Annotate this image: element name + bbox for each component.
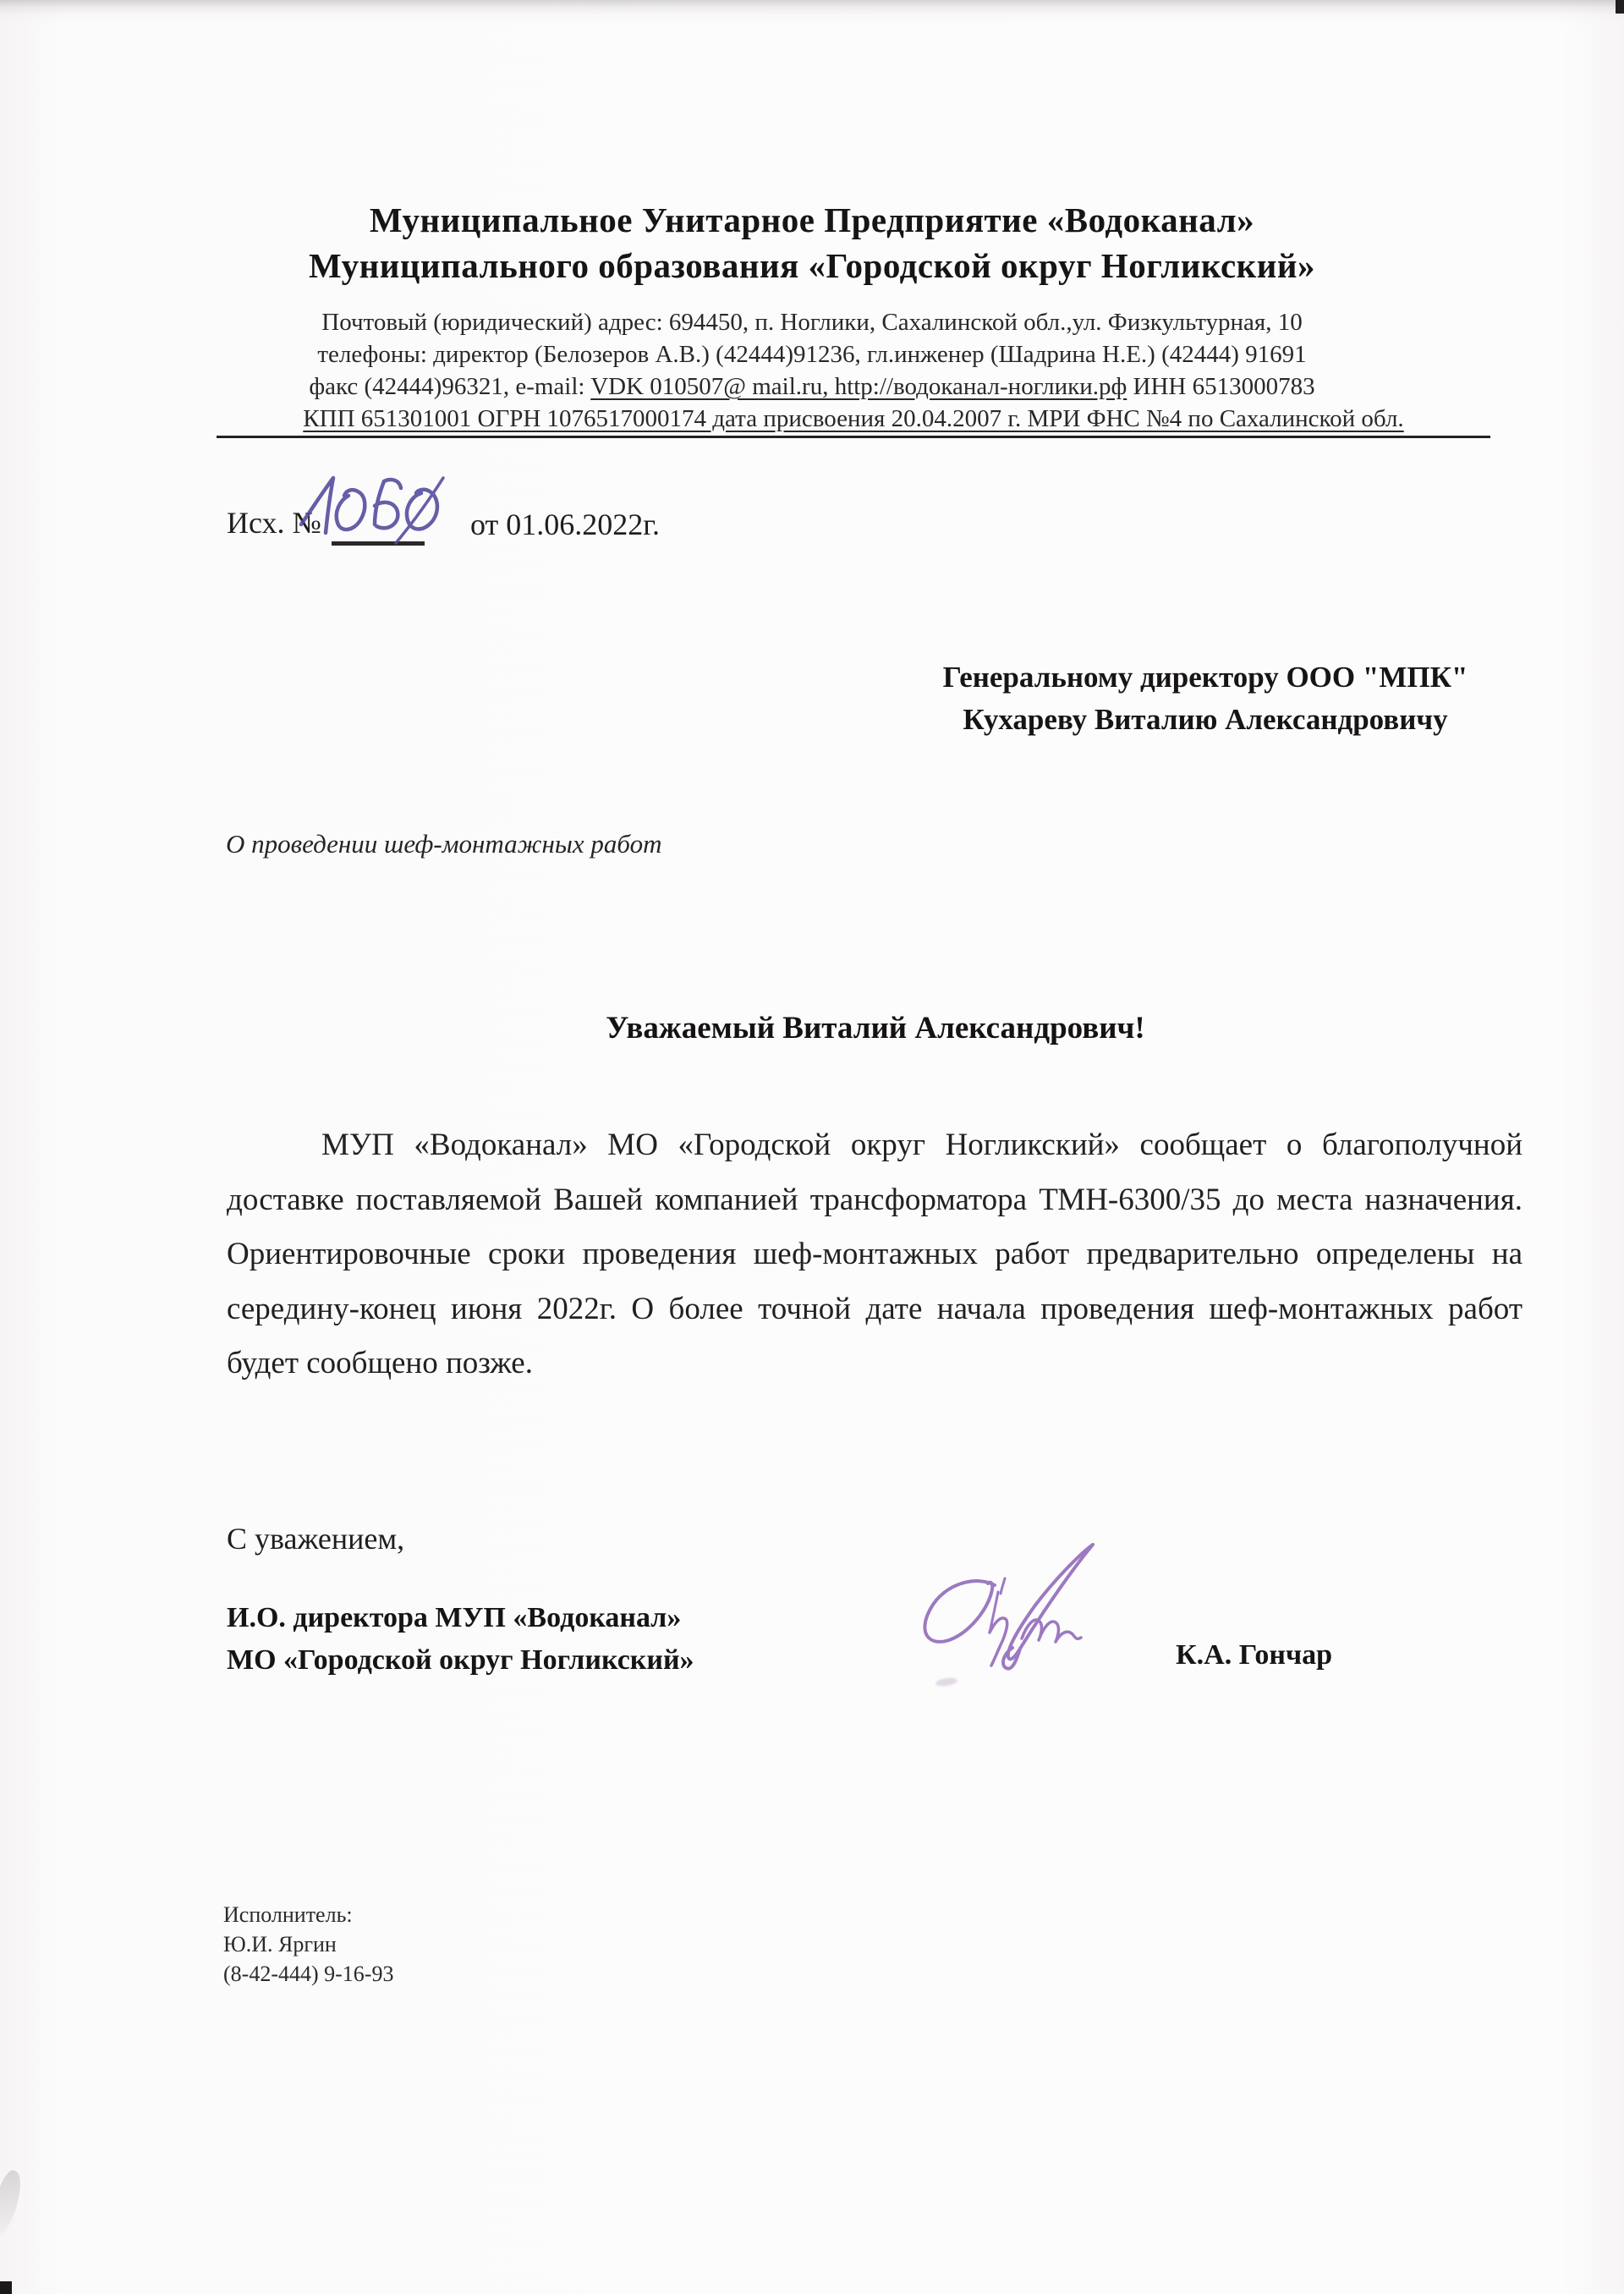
- scan-smudge-left-edge: [0, 2168, 27, 2239]
- signer-position-line2: МО «Городской округ Ногликский»: [227, 1639, 694, 1682]
- signer-position-block: И.О. директора МУП «Водоканал» МО «Город…: [227, 1597, 694, 1682]
- handwritten-number-ink: [294, 470, 455, 552]
- signer-name: К.А. Гончар: [1176, 1639, 1332, 1671]
- recipient-line2: Кухареву Виталию Александровичу: [880, 699, 1531, 741]
- letterhead-title-line2: Муниципального образования «Городской ок…: [0, 245, 1624, 286]
- body-paragraph: МУП «Водоканал» МО «Городской округ Ногл…: [227, 1118, 1522, 1391]
- letterhead-title-line1: Муниципальное Унитарное Предприятие «Вод…: [0, 200, 1624, 240]
- scan-artifact-top-right: [1616, 0, 1624, 14]
- recipient-block: Генеральному директору ООО "МПК" Кухарев…: [880, 656, 1531, 741]
- subject-line: О проведении шеф-монтажных работ: [226, 829, 661, 859]
- scan-artifact-bottom-left: [0, 2281, 12, 2294]
- scan-edge-shadow-top: [0, 0, 1624, 25]
- letterhead-rule: КПП 651301001 ОГРН 1076517000174 дата пр…: [217, 377, 1490, 438]
- letterhead-address-line1: Почтовый (юридический) адрес: 694450, п.…: [0, 309, 1624, 337]
- signer-position-line1: И.О. директора МУП «Водоканал»: [227, 1597, 694, 1639]
- recipient-line1: Генеральному директору ООО "МПК": [880, 656, 1531, 699]
- scanned-letter-page: Муниципальное Унитарное Предприятие «Вод…: [0, 0, 1624, 2294]
- regards-line: С уважением,: [227, 1521, 404, 1556]
- letter-date: от 01.06.2022г.: [470, 507, 660, 542]
- executor-label: Исполнитель:: [223, 1900, 393, 1929]
- executor-block: Исполнитель: Ю.И. Яргин (8-42-444) 9-16-…: [223, 1900, 393, 1989]
- signature-ink: [871, 1538, 1142, 1775]
- letterhead-address-line4: КПП 651301001 ОГРН 1076517000174 дата пр…: [303, 405, 1403, 432]
- salutation: Уважаемый Виталий Александрович!: [228, 1010, 1522, 1046]
- executor-name: Ю.И. Яргин: [223, 1929, 393, 1959]
- letterhead-address-line2: телефоны: директор (Белозеров А.В.) (424…: [0, 341, 1624, 369]
- executor-phone: (8-42-444) 9-16-93: [223, 1959, 393, 1989]
